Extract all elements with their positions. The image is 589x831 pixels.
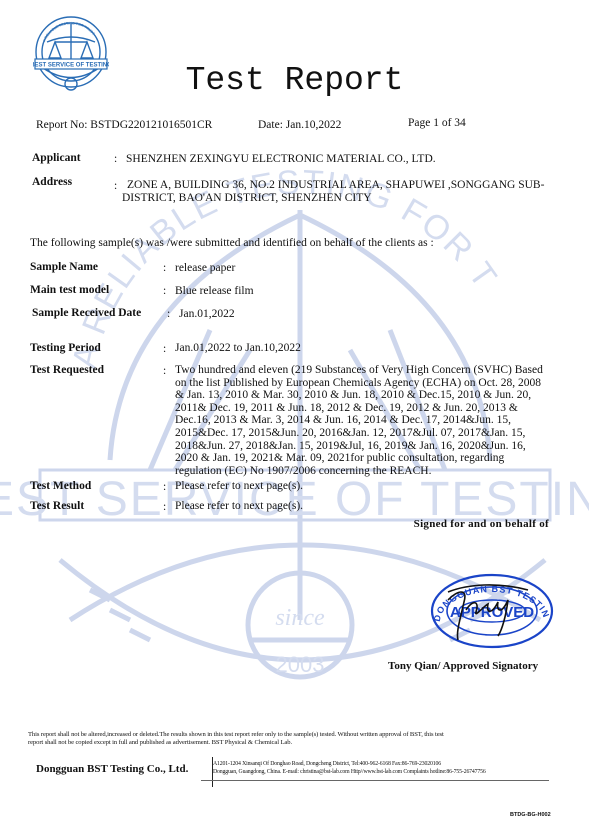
sample-name-value: release paper (175, 262, 235, 274)
test-method-value: Please refer to next page(s). (175, 480, 303, 492)
test-method-label: Test Method (30, 480, 91, 492)
test-result-value: Please refer to next page(s). (175, 500, 303, 512)
test-requested-line: & Jan. 13, 2010 & Mar. 30, 2010 & Jun. 1… (175, 389, 575, 402)
footer-company-name: Dongguan BST Testing Co., Ltd. (36, 763, 188, 775)
applicant-label: Applicant (32, 152, 81, 164)
test-requested-line: 2011& Dec. 19, 2011 & Jun. 18, 2012 & De… (175, 402, 575, 415)
address-label: Address (32, 176, 72, 188)
test-requested-line: Two hundred and eleven (219 Substances o… (175, 364, 575, 377)
address-line-1: ZONE A, BUILDING 36, NO.2 INDUSTRIAL ARE… (127, 179, 544, 191)
test-requested-line: regulation (EC) No 1907/2006 concerning … (175, 465, 575, 478)
report-number: Report No: BSTDG220121016501CR (36, 119, 212, 131)
testing-period-label: Testing Period (30, 342, 101, 354)
intro-text: The following sample(s) was /were submit… (30, 237, 434, 249)
signatory-name: Tony Qian/ Approved Signatory (388, 660, 538, 672)
testing-period-value: Jan.01,2022 to Jan.10,2022 (175, 342, 301, 354)
test-requested-value: Two hundred and eleven (219 Substances o… (175, 364, 575, 477)
main-test-model-label: Main test model (30, 284, 109, 296)
test-requested-line: 2018&Jun. 27, 2018&Jan. 15, 2019&Jul, 16… (175, 440, 575, 453)
test-requested-line: 2015&Dec. 17, 2015&Jun. 20, 2016&Jan. 12… (175, 427, 575, 440)
disclaimer-line: report shall not be copied except in ful… (28, 739, 568, 747)
test-result-label: Test Result (30, 500, 84, 512)
sample-received-date-label: Sample Received Date (32, 307, 141, 319)
test-requested-line: Dec.16, 2013 & Mar. 3, 2014 & Jun. 16, 2… (175, 414, 575, 427)
colon: : (163, 365, 166, 377)
footer-contact: A1201-1204 Xinsanqi Of Donghao Road, Don… (213, 760, 486, 777)
test-requested-label: Test Requested (30, 364, 104, 376)
applicant-value: SHENZHEN ZEXINGYU ELECTRONIC MATERIAL CO… (126, 153, 436, 165)
footer-address-line: A1201-1204 Xinsanqi Of Donghao Road, Don… (213, 760, 486, 768)
colon: : (163, 285, 166, 297)
colon: : (163, 343, 166, 355)
test-requested-line: 2020 & Jan. 19, 2021& Mar. 09, 2021for p… (175, 452, 575, 465)
main-test-model-value: Blue release film (175, 285, 254, 297)
footer-address-line: Dongguan, Guangdong, China. E-mail: chri… (213, 768, 486, 776)
page-number: Page 1 of 34 (408, 117, 466, 129)
sample-received-date-value: Jan.01,2022 (179, 308, 235, 320)
approved-stamp: DONGGUAN BST TESTING CO.,LTD APPROVED (428, 570, 556, 652)
disclaimer: This report shall not be altered,increas… (28, 731, 568, 747)
colon: : (163, 481, 166, 493)
signed-for-text: Signed for and on behalf of (414, 518, 549, 530)
footer-divider-horizontal (201, 780, 549, 781)
svg-text:2003: 2003 (276, 652, 325, 677)
address-line-2: DISTRICT, BAO'AN DISTRICT, SHENZHEN CITY (122, 192, 372, 204)
disclaimer-line: This report shall not be altered,increas… (28, 731, 568, 739)
colon: : (114, 180, 117, 192)
colon: : (163, 501, 166, 513)
colon: : (114, 153, 117, 165)
svg-text:since: since (275, 605, 325, 631)
colon: : (167, 308, 170, 320)
sample-name-label: Sample Name (30, 261, 98, 273)
form-code: BTDG-BG-H002 (510, 812, 551, 818)
page-title: Test Report (0, 62, 589, 99)
test-requested-line: on the list Published by European Chemic… (175, 377, 575, 390)
colon: : (163, 262, 166, 274)
report-date: Date: Jan.10,2022 (258, 119, 341, 131)
